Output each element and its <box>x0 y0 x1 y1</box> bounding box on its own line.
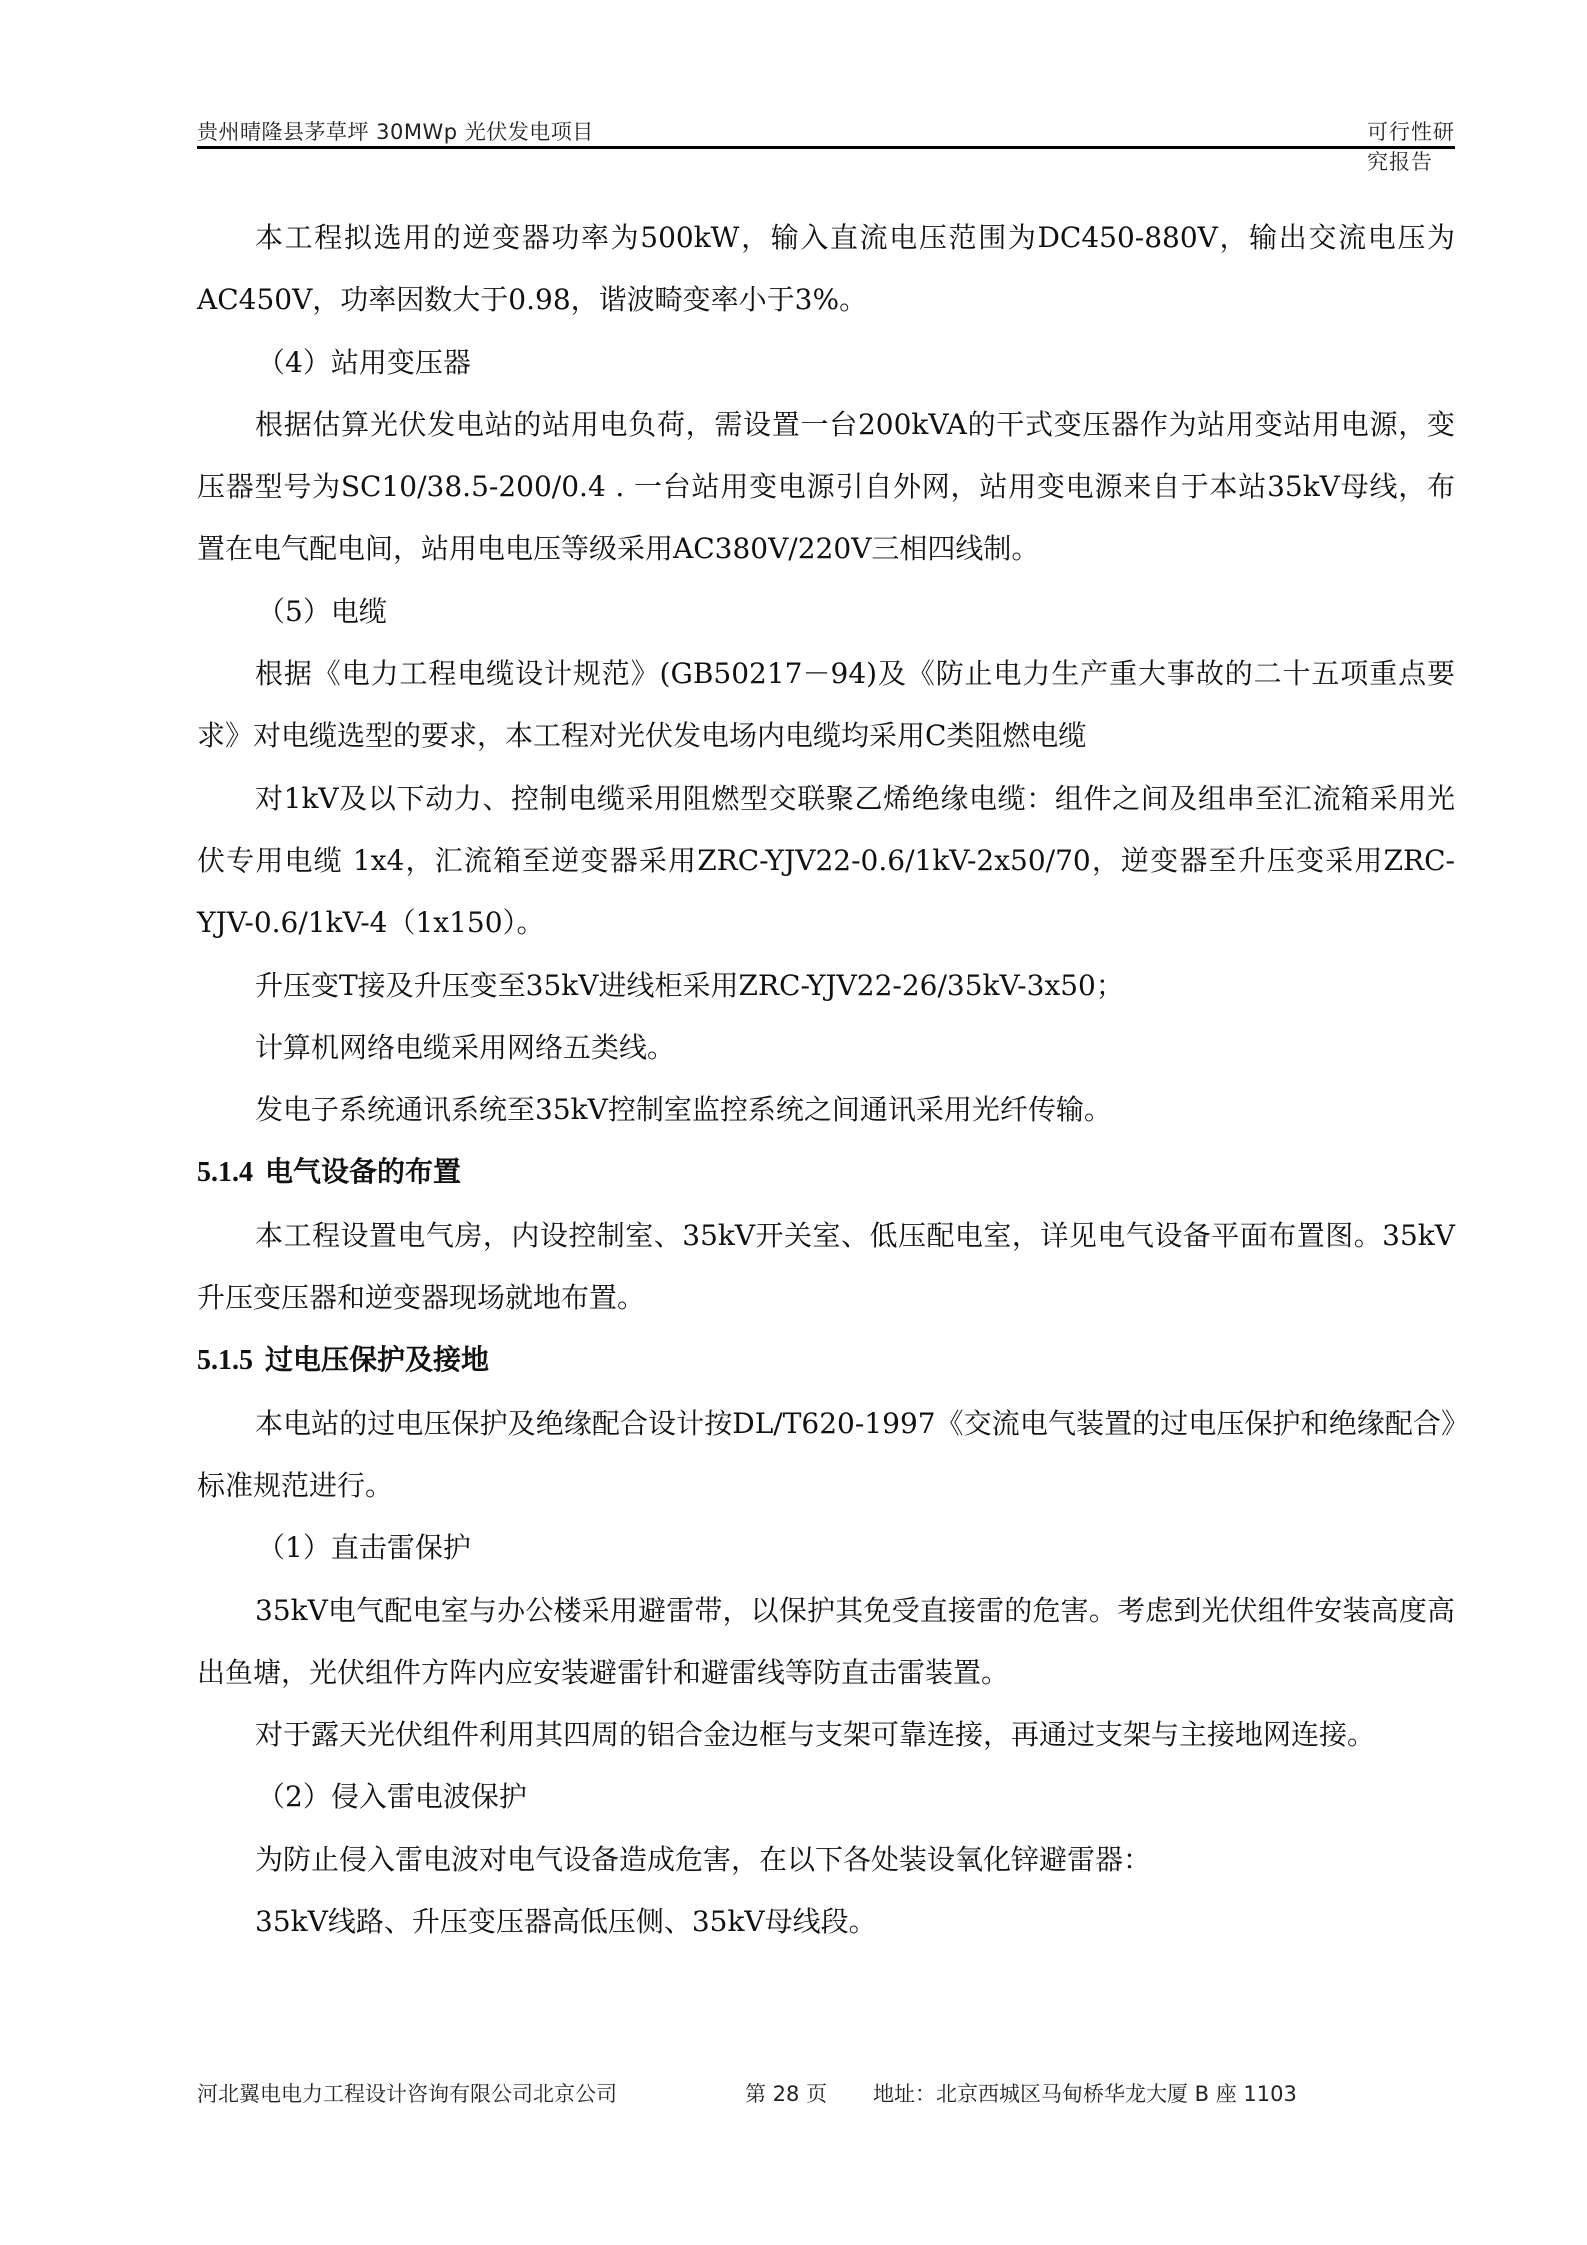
footer-company: 河北翼电电力工程设计咨询有限公司北京公司 <box>197 2078 617 2108</box>
paragraph-inverter: 本工程拟选用的逆变器功率为500kW，输入直流电压范围为DC450-880V，输… <box>197 207 1455 332</box>
paragraph-invasive-wave-2: 35kV线路、升压变压器高低压侧、35kV母线段。 <box>197 1891 1455 1953</box>
page-footer: 河北翼电电力工程设计咨询有限公司北京公司 第 28 页 地址：北京西城区马甸桥华… <box>197 2078 1455 2112</box>
project-title: 贵州晴隆县茅草坪 30MWp 光伏发电项目 <box>197 116 594 146</box>
paragraph-cable-standard: 根据《电力工程电缆设计规范》(GB50217－94)及《防止电力生产重大事故的二… <box>197 643 1455 768</box>
subheading-station-transformer: （4）站用变压器 <box>197 332 1455 394</box>
paragraph-station-transformer: 根据估算光伏发电站的站用电负荷，需设置一台200kVA的干式变压器作为站用变站用… <box>197 394 1455 581</box>
paragraph-overvoltage: 本电站的过电压保护及绝缘配合设计按DL/T620-1997《交流电气装置的过电压… <box>197 1393 1455 1518</box>
paragraph-equipment-layout: 本工程设置电气房，内设控制室、35kV开关室、低压配电室，详见电气设备平面布置图… <box>197 1205 1455 1330</box>
paragraph-cable-fiber: 发电子系统通讯系统至35kV控制室监控系统之间通讯采用光纤传输。 <box>197 1079 1455 1141</box>
subheading-direct-lightning: （1）直击雷保护 <box>197 1517 1455 1579</box>
section-title: 电气设备的布置 <box>265 1155 461 1188</box>
paragraph-direct-lightning-1: 35kV电气配电室与办公楼采用避雷带，以保护其免受直接雷的危害。考虑到光伏组件安… <box>197 1580 1455 1705</box>
subheading-invasive-wave: （2）侵入雷电波保护 <box>197 1766 1455 1828</box>
section-number: 5.1.5 <box>197 1345 253 1376</box>
page-number: 第 28 页 <box>745 2078 827 2108</box>
subheading-cable: （5）电缆 <box>197 581 1455 643</box>
section-heading-5-1-4: 5.1.4电气设备的布置 <box>197 1141 1455 1204</box>
section-title: 过电压保护及接地 <box>265 1343 489 1376</box>
document-body: 本工程拟选用的逆变器功率为500kW，输入直流电压范围为DC450-880V，输… <box>197 207 1455 1953</box>
paragraph-cable-35kv: 升压变T接及升压变至35kV进线柜采用ZRC-YJV22-26/35kV-3x5… <box>197 955 1455 1017</box>
paragraph-cable-network: 计算机网络电缆采用网络五类线。 <box>197 1017 1455 1079</box>
footer-address: 地址：北京西城区马甸桥华龙大厦 B 座 1103 <box>873 2078 1297 2108</box>
paragraph-direct-lightning-2: 对于露天光伏组件利用其四周的铝合金边框与支架可靠连接，再通过支架与主接地网连接。 <box>197 1704 1455 1766</box>
page-header: 贵州晴隆县茅草坪 30MWp 光伏发电项目 可行性研究报告 <box>197 112 1455 148</box>
section-heading-5-1-5: 5.1.5过电压保护及接地 <box>197 1329 1455 1392</box>
section-number: 5.1.4 <box>197 1157 253 1188</box>
paragraph-invasive-wave-1: 为防止侵入雷电波对电气设备造成危害，在以下各处装设氧化锌避雷器： <box>197 1829 1455 1891</box>
paragraph-cable-low-voltage: 对1kV及以下动力、控制电缆采用阻燃型交联聚乙烯绝缘电缆：组件之间及组串至汇流箱… <box>197 768 1455 955</box>
header-divider <box>197 146 1455 149</box>
